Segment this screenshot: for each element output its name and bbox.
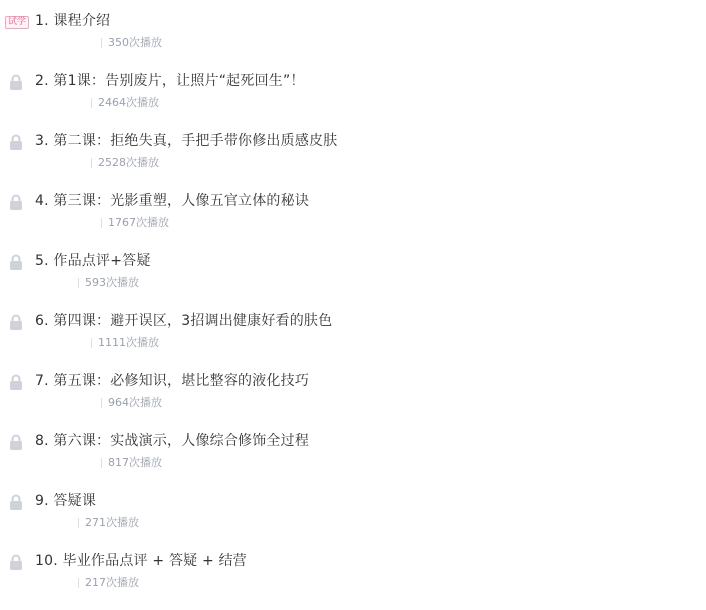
divider <box>91 338 92 348</box>
play-count-text: 2464次播放 <box>98 95 159 111</box>
lesson-title-text: 课程介绍 <box>53 13 110 29</box>
lesson-title-text: 第二课：拒绝失真，手把手带你修出质感皮肤 <box>53 133 337 149</box>
lesson-item-4[interactable]: 4. 第三课：光影重塑，人像五官立体的秘诀 1767次播放 <box>0 180 706 240</box>
play-count: 1767次播放 <box>101 215 169 231</box>
lesson-item-1[interactable]: 试学 1. 课程介绍 350次播放 <box>0 0 706 60</box>
play-count: 350次播放 <box>101 35 162 51</box>
lesson-title[interactable]: 9. 答疑课 <box>35 491 96 511</box>
divider <box>91 158 92 168</box>
play-count-text: 217次播放 <box>85 575 139 591</box>
lesson-title-text: 第三课：光影重塑，人像五官立体的秘诀 <box>53 193 309 209</box>
lesson-title[interactable]: 7. 第五课：必修知识，堪比整容的液化技巧 <box>35 371 309 391</box>
lesson-item-6[interactable]: 6. 第四课：避开误区，3招调出健康好看的肤色 1111次播放 <box>0 300 706 360</box>
lesson-item-5[interactable]: 5. 作品点评+答疑 593次播放 <box>0 240 706 300</box>
divider <box>101 458 102 468</box>
play-count-text: 1111次播放 <box>98 335 159 351</box>
lesson-title-text: 第四课：避开误区，3招调出健康好看的肤色 <box>53 313 332 329</box>
lesson-index: 1. <box>35 13 49 29</box>
play-count-text: 2528次播放 <box>98 155 159 171</box>
lesson-title-text: 第1课：告别废片，让照片“起死回生”！ <box>53 73 304 89</box>
lesson-lead <box>5 552 29 572</box>
lesson-title-text: 作品点评+答疑 <box>53 253 150 269</box>
lock-icon <box>9 374 23 390</box>
lesson-title[interactable]: 4. 第三课：光影重塑，人像五官立体的秘诀 <box>35 191 309 211</box>
lesson-title-text: 第五课：必修知识，堪比整容的液化技巧 <box>53 373 309 389</box>
play-count-text: 964次播放 <box>108 395 162 411</box>
lesson-index: 7. <box>35 373 49 389</box>
play-count: 593次播放 <box>78 275 139 291</box>
lesson-lead <box>5 252 29 272</box>
divider <box>101 398 102 408</box>
lesson-title[interactable]: 6. 第四课：避开误区，3招调出健康好看的肤色 <box>35 311 332 331</box>
lesson-lead <box>5 132 29 152</box>
lesson-title[interactable]: 10. 毕业作品点评 + 答疑 + 结营 <box>35 551 247 571</box>
trial-badge: 试学 <box>5 16 29 29</box>
lock-icon <box>9 254 23 270</box>
divider <box>78 278 79 288</box>
divider <box>78 518 79 528</box>
lesson-item-2[interactable]: 2. 第1课：告别废片，让照片“起死回生”！ 2464次播放 <box>0 60 706 120</box>
lock-icon <box>9 314 23 330</box>
lesson-title[interactable]: 2. 第1课：告别废片，让照片“起死回生”！ <box>35 71 305 91</box>
lesson-lead <box>5 72 29 92</box>
lesson-lead: 试学 <box>5 12 29 32</box>
divider <box>101 38 102 48</box>
play-count-text: 1767次播放 <box>108 215 169 231</box>
lock-icon <box>9 494 23 510</box>
play-count: 2528次播放 <box>91 155 159 171</box>
play-count: 271次播放 <box>78 515 139 531</box>
divider <box>78 578 79 588</box>
lesson-index: 10. <box>35 553 58 569</box>
lesson-lead <box>5 492 29 512</box>
play-count: 217次播放 <box>78 575 139 591</box>
lesson-item-3[interactable]: 3. 第二课：拒绝失真，手把手带你修出质感皮肤 2528次播放 <box>0 120 706 180</box>
lesson-item-9[interactable]: 9. 答疑课 271次播放 <box>0 480 706 540</box>
lesson-item-10[interactable]: 10. 毕业作品点评 + 答疑 + 结营 217次播放 <box>0 540 706 600</box>
lesson-index: 9. <box>35 493 49 509</box>
lesson-title-text: 毕业作品点评 + 答疑 + 结营 <box>63 553 247 569</box>
lesson-lead <box>5 312 29 332</box>
lesson-item-8[interactable]: 8. 第六课：实战演示，人像综合修饰全过程 817次播放 <box>0 420 706 480</box>
lock-icon <box>9 194 23 210</box>
lock-icon <box>9 434 23 450</box>
lesson-lead <box>5 432 29 452</box>
lesson-title[interactable]: 3. 第二课：拒绝失真，手把手带你修出质感皮肤 <box>35 131 337 151</box>
lesson-index: 6. <box>35 313 49 329</box>
lesson-lead <box>5 192 29 212</box>
play-count-text: 817次播放 <box>108 455 162 471</box>
lesson-index: 2. <box>35 73 49 89</box>
play-count: 2464次播放 <box>91 95 159 111</box>
play-count: 1111次播放 <box>91 335 159 351</box>
lesson-lead <box>5 372 29 392</box>
lesson-title-text: 第六课：实战演示，人像综合修饰全过程 <box>53 433 309 449</box>
lesson-title-text: 答疑课 <box>53 493 96 509</box>
play-count: 817次播放 <box>101 455 162 471</box>
lesson-title[interactable]: 5. 作品点评+答疑 <box>35 251 151 271</box>
lesson-index: 8. <box>35 433 49 449</box>
play-count-text: 271次播放 <box>85 515 139 531</box>
lesson-index: 4. <box>35 193 49 209</box>
lock-icon <box>9 554 23 570</box>
play-count-text: 593次播放 <box>85 275 139 291</box>
lesson-title[interactable]: 1. 课程介绍 <box>35 11 110 31</box>
play-count: 964次播放 <box>101 395 162 411</box>
lock-icon <box>9 134 23 150</box>
divider <box>91 98 92 108</box>
lock-icon <box>9 74 23 90</box>
divider <box>101 218 102 228</box>
play-count-text: 350次播放 <box>108 35 162 51</box>
lesson-title[interactable]: 8. 第六课：实战演示，人像综合修饰全过程 <box>35 431 309 451</box>
lesson-index: 5. <box>35 253 49 269</box>
lesson-item-7[interactable]: 7. 第五课：必修知识，堪比整容的液化技巧 964次播放 <box>0 360 706 420</box>
lesson-list: 试学 1. 课程介绍 350次播放 2. 第1课：告别废片，让照片“起死回生”！… <box>0 0 706 610</box>
lesson-index: 3. <box>35 133 49 149</box>
